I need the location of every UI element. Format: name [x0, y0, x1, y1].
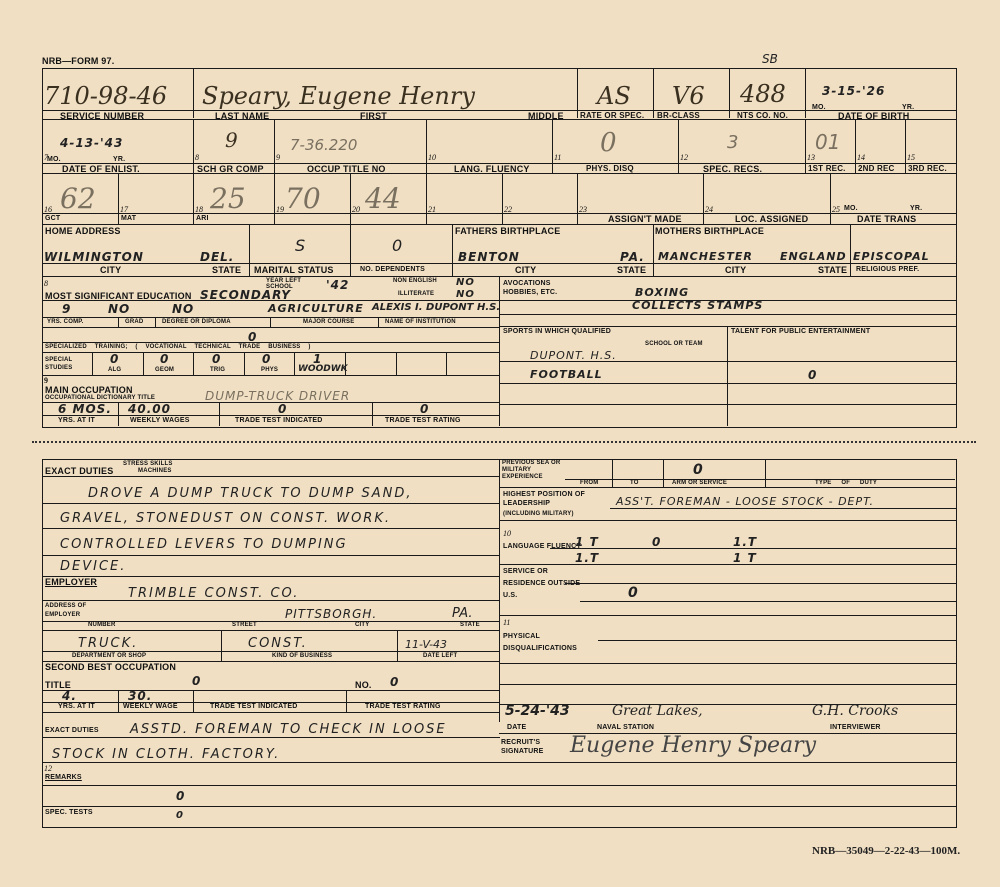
label-phys-disq: PHYS. DISQ — [586, 164, 634, 173]
label-type-of-duty: TYPE OF DUTY — [815, 480, 877, 486]
label-lang-fluency: LANG. FLUENCY — [454, 164, 530, 174]
mother-state[interactable]: ENGLAND — [780, 250, 847, 263]
duty-line-1[interactable]: DROVE A DUMP TRUCK TO DUMP SAND, — [88, 486, 413, 501]
label-father-city: CITY — [515, 265, 536, 275]
label-marital-status: MARITAL STATUS — [254, 265, 334, 275]
label-home-address: HOME ADDRESS — [45, 226, 121, 236]
label-second-best-occupation: SECOND BEST OCCUPATION — [45, 662, 176, 672]
label-special-studies: SPECIAL STUDIES — [45, 356, 90, 372]
label-trig: TRIG — [210, 367, 225, 373]
duty-line-2[interactable]: GRAVEL, STONEDUST ON CONST. WORK. — [60, 511, 391, 526]
label-illiterate: ILLITERATE — [398, 291, 434, 297]
label-interview-date: DATE — [507, 724, 526, 731]
recruit-signature[interactable]: Eugene Henry Speary — [570, 733, 816, 758]
arm-or-service[interactable]: 0 — [693, 462, 704, 478]
mother-city[interactable]: MANCHESTER — [658, 250, 753, 263]
naval-station[interactable]: Great Lakes, — [612, 703, 703, 719]
home-state[interactable]: DEL. — [200, 250, 234, 264]
label-first: FIRST — [360, 111, 387, 121]
label-1st-rec: 1ST REC. — [808, 164, 846, 173]
label-sch-gr-comp: SCH GR COMP — [197, 164, 264, 174]
label-father-state: STATE — [617, 265, 646, 275]
footer-code: NRB—35049—2-22-43—100M. — [812, 845, 960, 857]
label-employer-state: STATE — [460, 622, 480, 628]
spec-recs[interactable]: 3 — [727, 132, 738, 153]
second-duty-line-1[interactable]: ASSTD. FOREMAN TO CHECK IN LOOSE — [130, 722, 447, 737]
marital-status[interactable]: S — [295, 236, 305, 255]
label-yr: YR. — [902, 104, 914, 111]
highest-position[interactable]: ASS'T. FOREMAN - LOOSE STOCK - DEPT. — [616, 495, 874, 508]
br-class[interactable]: V6 — [672, 82, 705, 110]
gct-score[interactable]: 62 — [60, 182, 96, 215]
father-state[interactable]: PA. — [620, 250, 645, 264]
label-mat: MAT — [121, 215, 136, 222]
label-last-name: LAST NAME — [215, 111, 269, 121]
label-date-trans: DATE TRANS — [857, 214, 916, 224]
field-19-score[interactable]: 70 — [285, 182, 321, 215]
label-grad: GRAD — [125, 319, 143, 325]
field-20-score[interactable]: 44 — [365, 182, 401, 215]
label-non-english: NON ENGLISH — [393, 278, 437, 284]
home-city[interactable]: WILMINGTON — [44, 250, 144, 264]
label-alg: ALG — [108, 367, 121, 373]
label-physical-disqualifications: PHYSICAL DISQUALIFICATIONS — [503, 631, 593, 655]
label-second-weekly-wage: WEEKLY WAGE — [123, 703, 178, 710]
avocation-2[interactable]: COLLECTS STAMPS — [632, 299, 763, 312]
talent-value[interactable]: 0 — [808, 368, 817, 382]
employer-city[interactable]: PITTSBORGH. — [285, 607, 377, 621]
sch-gr-comp[interactable]: 9 — [225, 128, 238, 152]
label-remarks: REMARKS — [45, 774, 82, 781]
religious-pref[interactable]: EPISCOPAL — [853, 250, 930, 263]
language-2[interactable]: 0 — [652, 535, 661, 549]
duty-line-3[interactable]: CONTROLLED LEVERS TO DUMPING — [60, 537, 348, 552]
label-mother-state: STATE — [818, 265, 847, 275]
sport-football[interactable]: FOOTBALL — [530, 368, 603, 381]
interview-date[interactable]: 5-24-'43 — [505, 703, 570, 719]
label-main-yrs-at-it: YRS. AT IT — [58, 417, 95, 424]
label-talent: TALENT FOR PUBLIC ENTERTAINMENT — [731, 328, 870, 335]
label-from: FROM — [580, 480, 598, 486]
label-mo-2: MO. — [47, 156, 61, 163]
label-nts-co-no: NTS CO. NO. — [737, 111, 788, 120]
label-middle: MIDDLE — [528, 111, 564, 121]
major-course[interactable]: AGRICULTURE — [268, 302, 364, 315]
label-main-occupation: MAIN OCCUPATION — [45, 385, 133, 395]
label-main-trade-test-indicated: TRADE TEST INDICATED — [235, 417, 322, 424]
label-yr-2: YR. — [113, 156, 125, 163]
main-weekly-wages[interactable]: 40.00 — [128, 402, 171, 416]
nts-co-no[interactable]: 488 — [740, 80, 786, 108]
label-department: DEPARTMENT OR SHOP — [72, 653, 146, 659]
label-mother-city: CITY — [725, 265, 746, 275]
second-yrs-at-it[interactable]: 4. — [62, 689, 77, 703]
language-1[interactable]: 1 T — [575, 535, 599, 549]
year-left-school[interactable]: '42 — [326, 278, 349, 292]
ari-score[interactable]: 25 — [210, 182, 246, 215]
label-major-course: MAJOR COURSE — [303, 319, 354, 325]
label-assign-made: ASSIGN'T MADE — [608, 214, 682, 224]
fluency-1[interactable]: 1.T — [575, 551, 599, 565]
label-gct: GCT — [45, 215, 60, 222]
label-service-number: SERVICE NUMBER — [60, 111, 144, 121]
employer-state[interactable]: PA. — [452, 606, 472, 621]
label-naval-station: NAVAL STATION — [597, 724, 654, 731]
corner-mark: SB — [762, 52, 778, 66]
label-spec-recs: SPEC. RECS. — [703, 164, 762, 174]
label-religious-pref: RELIGIOUS PREF. — [856, 266, 919, 273]
employer-kind-of-business[interactable]: CONST. — [248, 636, 308, 651]
label-kind-of-business: KIND OF BUSINESS — [272, 653, 332, 659]
label-employer-city: CITY — [355, 622, 369, 628]
main-trade-test-rating[interactable]: 0 — [420, 402, 429, 416]
date-of-birth[interactable]: 3-15-'26 — [822, 84, 885, 98]
father-city[interactable]: BENTON — [458, 250, 520, 264]
label-date-of-birth: DATE OF BIRTH — [838, 111, 909, 121]
label-recruit-signature: RECRUIT'S SIGNATURE — [501, 738, 556, 756]
interviewer[interactable]: G.H. Crooks — [812, 703, 898, 719]
avocation-1[interactable]: BOXING — [635, 286, 689, 299]
duty-line-4[interactable]: DEVICE. — [60, 559, 126, 574]
employer-date-left[interactable]: 11-V-43 — [405, 638, 447, 651]
label-occup-title-no: OCCUP TITLE NO — [307, 164, 386, 174]
form-id: NRB—FORM 97. — [42, 56, 114, 66]
label-including-military: (INCLUDING MILITARY) — [503, 511, 574, 517]
label-no-dependents: NO. DEPENDENTS — [360, 266, 425, 273]
label-date-of-enlist: DATE OF ENLIST. — [62, 164, 140, 174]
label-second-yrs-at-it: YRS. AT IT — [58, 703, 95, 710]
label-employer: EMPLOYER — [45, 577, 97, 587]
label-arm-or-service: ARM OR SERVICE — [672, 480, 727, 486]
label-yr-3: YR. — [910, 205, 922, 212]
label-school-or-team: SCHOOL OR TEAM — [645, 341, 703, 347]
label-home-city: CITY — [100, 265, 121, 275]
rate-or-spec[interactable]: AS — [597, 82, 631, 110]
date-of-enlist[interactable]: 4-13-'43 — [60, 136, 123, 150]
non-english[interactable]: NO — [456, 277, 475, 288]
grad[interactable]: NO — [108, 302, 130, 316]
employer-department[interactable]: TRUCK. — [78, 636, 138, 651]
label-3rd-rec: 3RD REC. — [908, 164, 947, 173]
service-number[interactable]: 710-98-46 — [44, 82, 167, 110]
label-degree: DEGREE OR DIPLOMA — [162, 319, 231, 325]
label-exact-duties: EXACT DUTIES — [45, 466, 113, 476]
occup-title-no[interactable]: 7-36.220 — [290, 136, 357, 154]
label-fathers-birthplace: FATHERS BIRTHPLACE — [455, 226, 560, 236]
label-year-left-school: YEAR LEFT SCHOOL — [266, 278, 311, 290]
label-spec-tests: SPEC. TESTS — [45, 809, 93, 816]
label-home-state: STATE — [212, 265, 241, 275]
label-mothers-birthplace: MOTHERS BIRTHPLACE — [655, 226, 764, 236]
label-ari: ARI — [196, 215, 209, 222]
label-main-trade-test-rating: TRADE TEST RATING — [385, 417, 461, 424]
label-yrs-comp: YRS. COMP. — [47, 319, 84, 325]
label-second-no: NO. — [355, 680, 372, 690]
label-2nd-rec: 2ND REC — [858, 164, 895, 173]
main-yrs-at-it[interactable]: 6 MOS. — [58, 402, 112, 416]
label-previous-experience: PREVIOUS SEA OR MILITARY EXPERIENCE — [502, 460, 562, 481]
label-main-weekly-wages: WEEKLY WAGES — [130, 417, 190, 424]
outside-us[interactable]: 0 — [628, 585, 639, 601]
spec-tests-value[interactable]: 0 — [176, 810, 184, 821]
label-specialized-training: SPECIALIZED TRAINING; ( VOCATIONAL TECHN… — [45, 344, 311, 350]
full-name[interactable]: Speary, Eugene Henry — [202, 82, 475, 110]
phys-value[interactable]: 0 — [262, 352, 271, 366]
trig-value[interactable]: 0 — [212, 352, 221, 366]
yrs-comp[interactable]: 9 — [62, 302, 71, 316]
illiterate[interactable]: NO — [456, 289, 475, 300]
label-second-trade-test-indicated: TRADE TEST INDICATED — [210, 703, 297, 710]
label-machines: MACHINES — [138, 468, 172, 474]
label-to: TO — [630, 480, 639, 486]
phys-disq[interactable]: 0 — [600, 128, 617, 158]
employer-name[interactable]: TRIMBLE CONST. CO. — [128, 586, 299, 601]
main-trade-test-indicated[interactable]: 0 — [278, 402, 287, 416]
geom-value[interactable]: 0 — [160, 352, 169, 366]
name-of-institution[interactable]: ALEXIS I. DUPONT H.S. — [372, 302, 500, 313]
degree-or-diploma[interactable]: NO — [172, 302, 194, 316]
label-street: STREET — [232, 622, 257, 628]
label-stress-skills: STRESS SKILLS — [123, 461, 173, 467]
label-address-of-employer: ADDRESS OF EMPLOYER — [45, 602, 95, 620]
label-avocations: AVOCATIONS HOBBIES, ETC. — [503, 279, 583, 297]
label-second-trade-test-rating: TRADE TEST RATING — [365, 703, 441, 710]
label-service-residence: SERVICE OR RESIDENCE OUTSIDE U.S. — [503, 566, 583, 602]
remarks-value[interactable]: 0 — [176, 789, 185, 803]
label-rate-or-spec: RATE OR SPEC. — [580, 111, 644, 120]
label-date-left: DATE LEFT — [423, 653, 457, 659]
second-title[interactable]: 0 — [192, 674, 201, 688]
label-mo: MO. — [812, 104, 826, 111]
label-institution: NAME OF INSTITUTION — [385, 319, 456, 325]
label-phys: PHYS — [261, 367, 278, 373]
tear-line — [32, 441, 976, 443]
first-rec[interactable]: 01 — [815, 130, 840, 154]
no-dependents[interactable]: 0 — [392, 236, 402, 255]
second-weekly-wage[interactable]: 30. — [128, 689, 152, 703]
label-highest-position: HIGHEST POSITION OF LEADERSHIP — [503, 490, 613, 508]
second-duty-line-2[interactable]: STOCK IN CLOTH. FACTORY. — [52, 747, 280, 762]
main-occupation-title[interactable]: DUMP-TRUCK DRIVER — [205, 389, 350, 403]
second-no[interactable]: 0 — [390, 675, 399, 689]
fluency-2[interactable]: 1 T — [733, 551, 757, 565]
label-interviewer: INTERVIEWER — [830, 724, 881, 731]
label-number: NUMBER — [88, 622, 116, 628]
woodwork-label: WOODWK — [298, 364, 348, 374]
label-mo-3: MO. — [844, 205, 858, 212]
language-3[interactable]: 1.T — [733, 535, 757, 549]
label-dictionary-title: OCCUPATIONAL DICTIONARY TITLE — [45, 395, 155, 401]
label-second-exact-duties: EXACT DUTIES — [45, 727, 99, 734]
label-geom: GEOM — [155, 367, 174, 373]
label-sports: SPORTS IN WHICH QUALIFIED — [503, 328, 611, 335]
label-loc-assigned: LOC. ASSIGNED — [735, 214, 808, 224]
alg-value[interactable]: 0 — [110, 352, 119, 366]
